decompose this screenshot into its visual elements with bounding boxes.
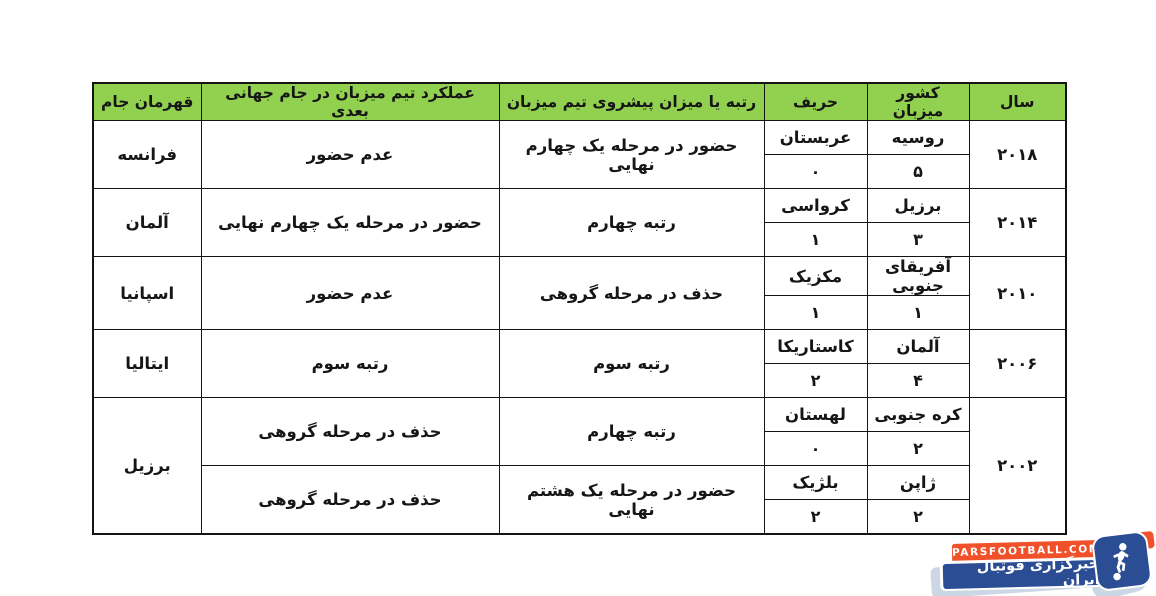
cell-champion: اسپانیا	[93, 257, 201, 330]
cell-next-world-cup: حضور در مرحله یک چهارم نهایی	[201, 189, 499, 257]
header-year: سال	[969, 83, 1066, 121]
table-row: ژاپن بلژیک حضور در مرحله یک هشتم نهایی ح…	[93, 466, 1066, 500]
cell-host-country: روسیه	[867, 121, 969, 155]
parsfootball-logo: PARSFOOTBALL.COM خبرگزاری فوتبال ایران	[928, 531, 1156, 596]
cell-opponent: لهستان	[764, 398, 867, 432]
cell-host-score: ۱	[867, 296, 969, 330]
cell-host-score: ۲	[867, 500, 969, 535]
cell-host-country: ژاپن	[867, 466, 969, 500]
cell-opponent: مکزیک	[764, 257, 867, 296]
cell-host-progress: حضور در مرحله یک چهارم نهایی	[499, 121, 764, 189]
header-opponent: حریف	[764, 83, 867, 121]
cell-next-world-cup: رتبه سوم	[201, 330, 499, 398]
cell-next-world-cup: حذف در مرحله گروهی	[201, 466, 499, 535]
cell-host-progress: حضور در مرحله یک هشتم نهایی	[499, 466, 764, 535]
table-row: ۲۰۱۴ برزیل کرواسی رتبه چهارم حضور در مرح…	[93, 189, 1066, 223]
header-host-progress: رتبه یا میزان پیشروی تیم میزبان	[499, 83, 764, 121]
cell-host-country: آلمان	[867, 330, 969, 364]
cell-opponent-score: ۲	[764, 364, 867, 398]
header-champion: قهرمان جام	[93, 83, 201, 121]
cell-champion: ایتالیا	[93, 330, 201, 398]
cell-host-score: ۲	[867, 432, 969, 466]
cell-champion: آلمان	[93, 189, 201, 257]
cell-host-score: ۴	[867, 364, 969, 398]
cell-opponent: عربستان	[764, 121, 867, 155]
cell-host-progress: رتبه سوم	[499, 330, 764, 398]
logo-tagline: خبرگزاری فوتبال ایران	[942, 559, 1100, 588]
cell-host-country: برزیل	[867, 189, 969, 223]
cell-opponent: کاستاریکا	[764, 330, 867, 364]
cell-opponent-score: ۱	[764, 296, 867, 330]
cell-opponent-score: ۰	[764, 155, 867, 189]
table-row: ۲۰۰۲ کره جنوبی لهستان رتبه چهارم حذف در …	[93, 398, 1066, 432]
cell-host-progress: رتبه چهارم	[499, 398, 764, 466]
cell-host-progress: حذف در مرحله گروهی	[499, 257, 764, 330]
cell-champion: برزیل	[93, 398, 201, 535]
cell-opponent-score: ۰	[764, 432, 867, 466]
cell-next-world-cup: عدم حضور	[201, 121, 499, 189]
cell-year: ۲۰۰۶	[969, 330, 1066, 398]
table-row: ۲۰۱۰ آفریقای جنوبی مکزیک حذف در مرحله گر…	[93, 257, 1066, 296]
cell-host-progress: رتبه چهارم	[499, 189, 764, 257]
cell-host-score: ۵	[867, 155, 969, 189]
cell-opponent: بلژیک	[764, 466, 867, 500]
cell-host-country: آفریقای جنوبی	[867, 257, 969, 296]
footballer-icon	[1091, 530, 1153, 592]
cell-host-country: کره جنوبی	[867, 398, 969, 432]
cell-opponent: کرواسی	[764, 189, 867, 223]
cell-opponent-score: ۲	[764, 500, 867, 535]
table-row: ۲۰۰۶ آلمان کاستاریکا رتبه سوم رتبه سوم ا…	[93, 330, 1066, 364]
cell-year: ۲۰۱۴	[969, 189, 1066, 257]
cell-year: ۲۰۰۲	[969, 398, 1066, 535]
cell-year: ۲۰۱۸	[969, 121, 1066, 189]
header-row: سال کشور میزبان حریف رتبه یا میزان پیشرو…	[93, 83, 1066, 121]
cell-next-world-cup: عدم حضور	[201, 257, 499, 330]
world-cup-hosts-table: سال کشور میزبان حریف رتبه یا میزان پیشرو…	[92, 82, 1067, 535]
header-host-country: کشور میزبان	[867, 83, 969, 121]
cell-next-world-cup: حذف در مرحله گروهی	[201, 398, 499, 466]
page: سال کشور میزبان حریف رتبه یا میزان پیشرو…	[0, 0, 1156, 596]
table-row: ۲۰۱۸ روسیه عربستان حضور در مرحله یک چهار…	[93, 121, 1066, 155]
cell-year: ۲۰۱۰	[969, 257, 1066, 330]
header-next-world-cup: عملکرد تیم میزبان در جام جهانی بعدی	[201, 83, 499, 121]
world-cup-hosts-table-wrap: سال کشور میزبان حریف رتبه یا میزان پیشرو…	[92, 82, 1067, 535]
logo-tagline-card: خبرگزاری فوتبال ایران	[940, 557, 1103, 591]
cell-champion: فرانسه	[93, 121, 201, 189]
cell-opponent-score: ۱	[764, 223, 867, 257]
cell-host-score: ۳	[867, 223, 969, 257]
